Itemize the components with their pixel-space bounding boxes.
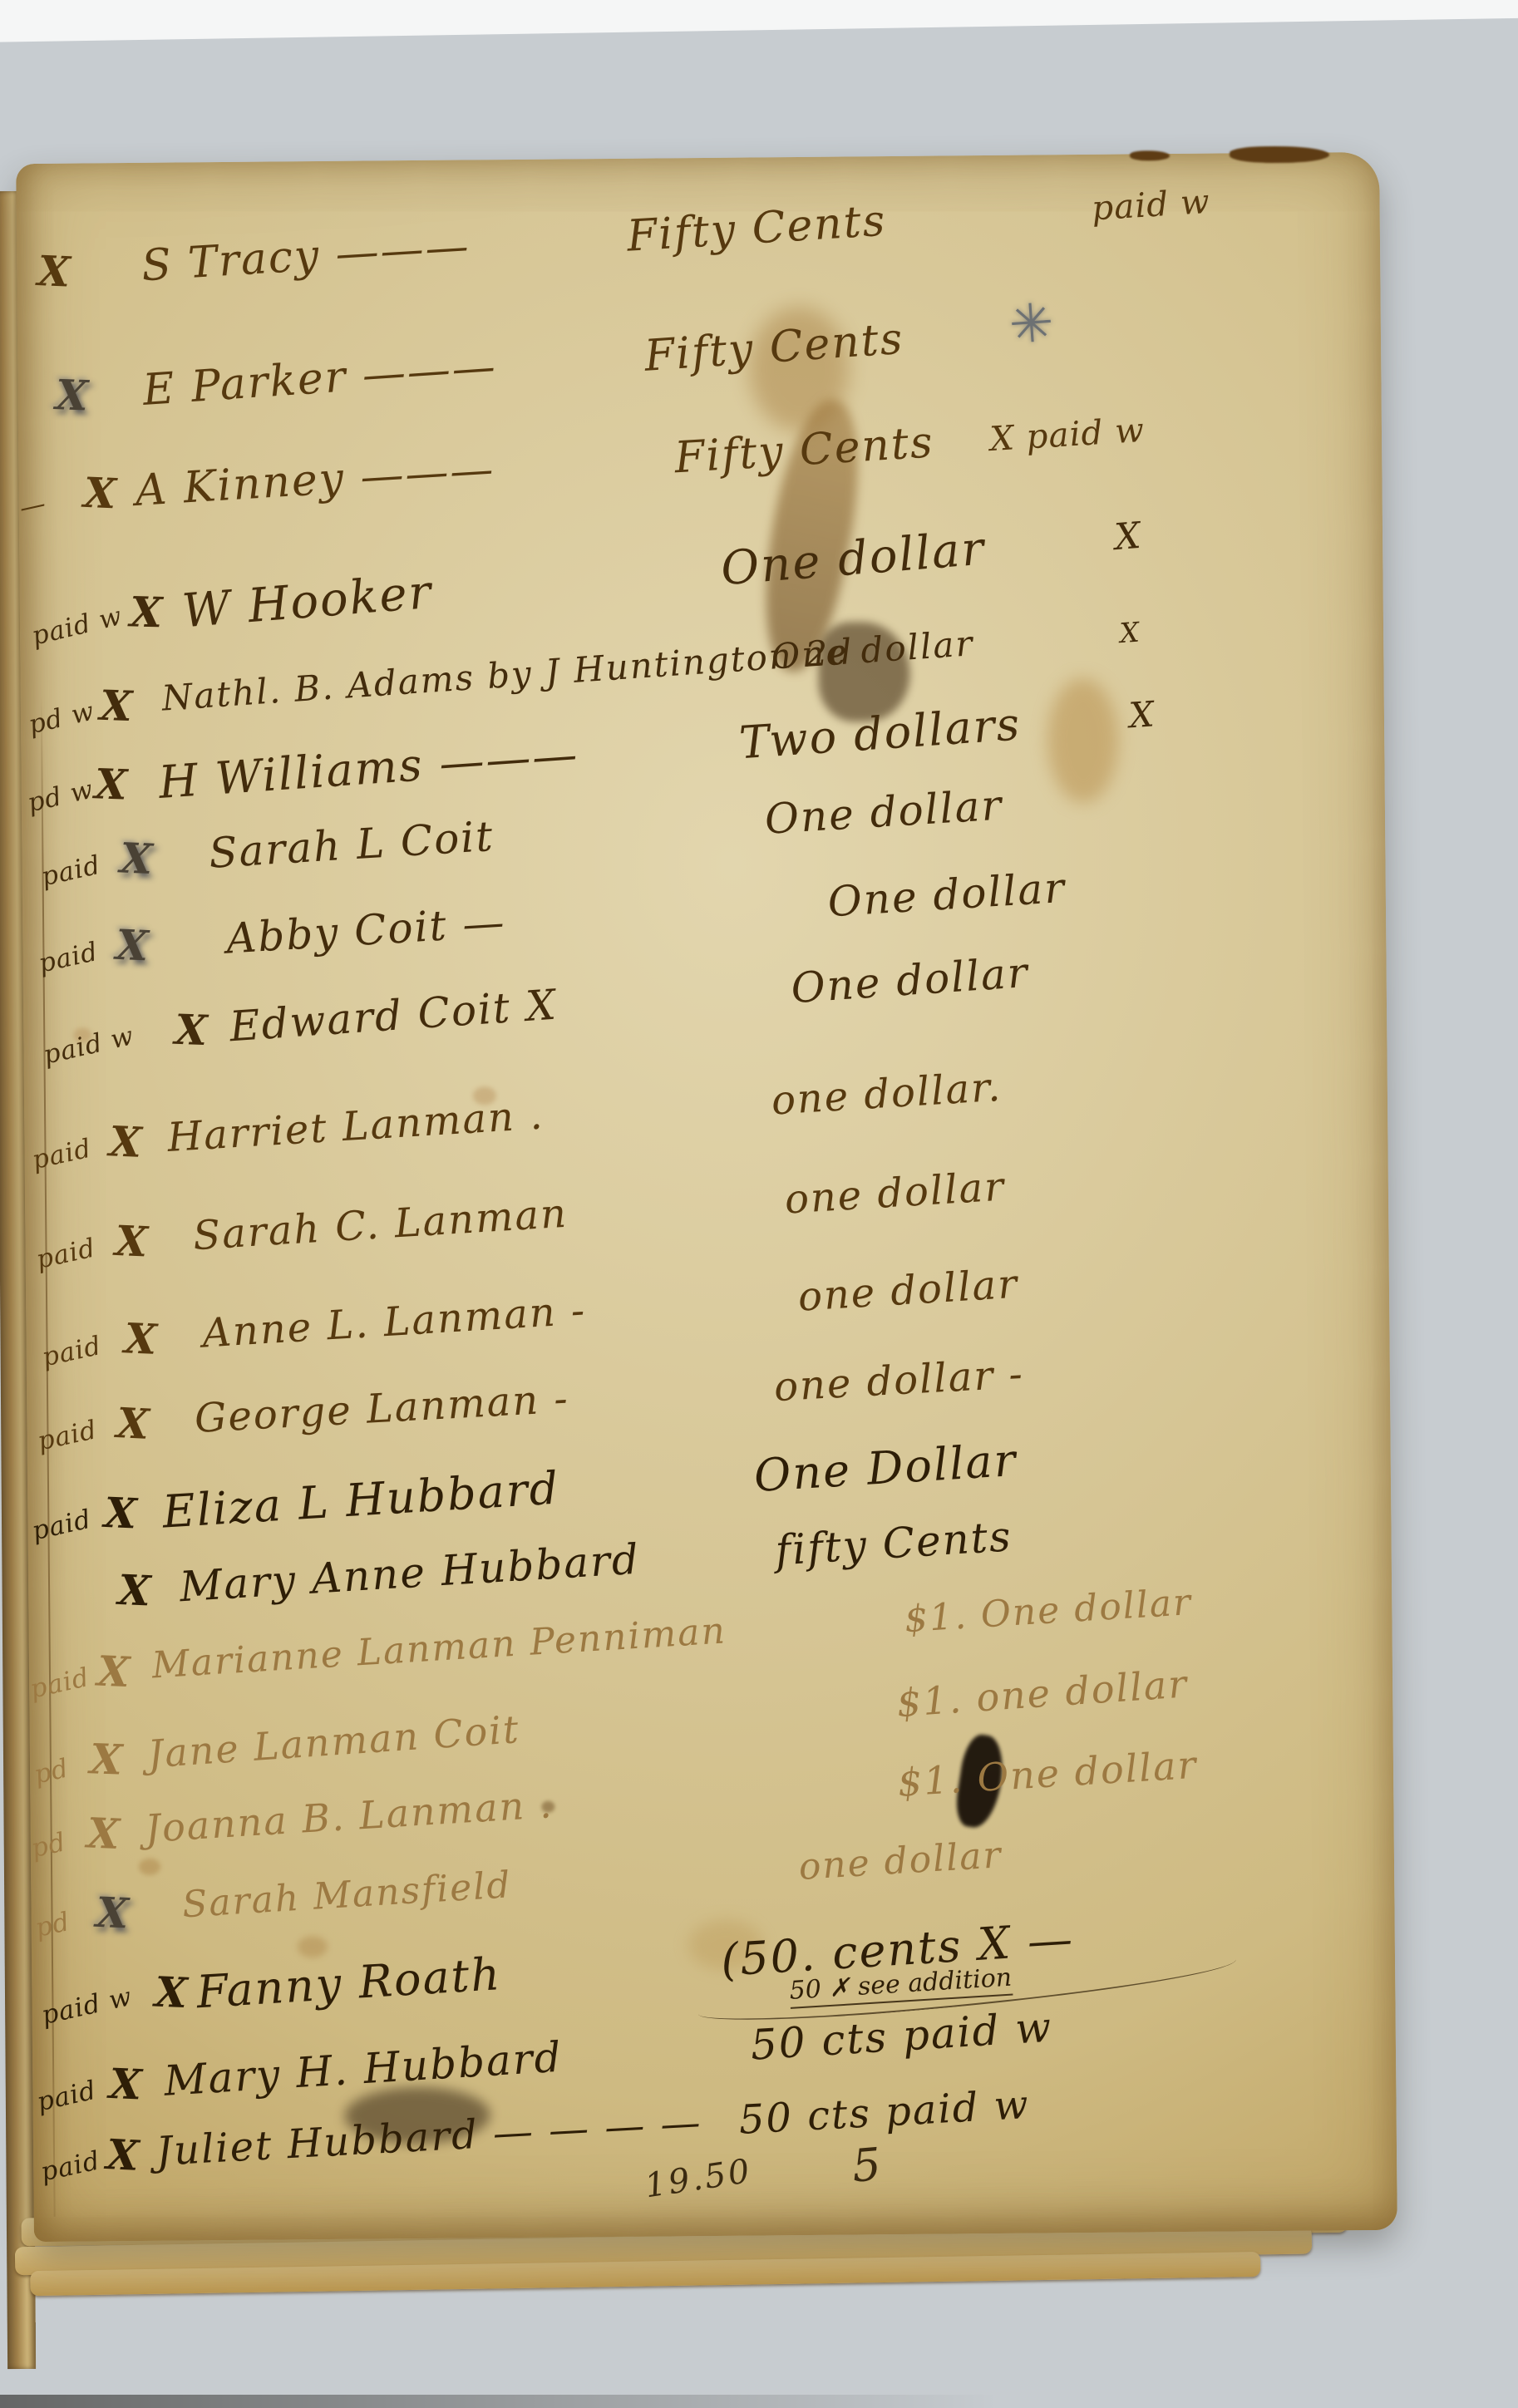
ledger-page: X S Tracy ——— Fifty Cents paid w X E Par… bbox=[16, 152, 1397, 2242]
check-x-mark: X bbox=[86, 1808, 121, 1859]
subscriber-name: Jane Lanman Coit bbox=[146, 1706, 521, 1776]
check-x-mark: X bbox=[174, 1005, 208, 1055]
amount: one dollar. bbox=[770, 1064, 1003, 1125]
subscriber-name: Eliza L Hubbard bbox=[161, 1462, 561, 1539]
check-x-mark: X bbox=[94, 759, 128, 809]
amount: One dollar bbox=[826, 864, 1067, 926]
amount: Fifty Cents bbox=[625, 196, 887, 262]
check-x-mark: X bbox=[55, 370, 89, 420]
subscriber-name: Anne L. Lanman - bbox=[201, 1287, 588, 1357]
amount: one dollar bbox=[783, 1164, 1006, 1224]
check-x-mark: X bbox=[123, 1313, 157, 1364]
check-x-mark: X bbox=[108, 1116, 142, 1167]
check-x-mark: X bbox=[116, 1398, 150, 1449]
check-x-mark: X bbox=[106, 2130, 140, 2180]
margin-paid-note: pd w bbox=[26, 696, 97, 740]
subscriber-name: Fanny Roath bbox=[195, 1948, 503, 2018]
amount: One Dollar bbox=[752, 1434, 1018, 1502]
subscriber-name: Sarah C. Lanman bbox=[192, 1190, 569, 1259]
subscriber-name: S Tracy ——— bbox=[140, 221, 471, 291]
margin-paid-note: paid bbox=[29, 1133, 94, 1175]
amount: One dollar bbox=[763, 781, 1003, 844]
page-number: 5 bbox=[850, 2138, 883, 2193]
margin-paid-note: paid bbox=[33, 1233, 98, 1275]
check-x-mark: X bbox=[117, 1565, 151, 1616]
margin-paid-note: paid bbox=[39, 1331, 104, 1373]
margin-paid-note: paid bbox=[35, 1415, 100, 1456]
check-x-mark: X bbox=[130, 587, 163, 637]
trailing-note: X paid w bbox=[988, 410, 1146, 459]
margin-paid-note: paid w bbox=[39, 1982, 136, 2031]
check-x-mark: X bbox=[89, 1734, 123, 1784]
check-x-mark: X bbox=[82, 468, 116, 519]
check-x-mark: X bbox=[119, 833, 153, 884]
photo-shadow bbox=[0, 2395, 998, 2408]
margin-paid-note: pd w bbox=[25, 775, 96, 819]
check-x-mark: X bbox=[37, 246, 71, 297]
amount: Fifty Cents bbox=[643, 314, 905, 382]
margin-paid-note: pd bbox=[32, 1907, 73, 1943]
margin-paid-note: paid bbox=[34, 2076, 99, 2118]
trailing-note: X bbox=[1113, 515, 1143, 559]
margin-paid-note: paid bbox=[29, 1504, 94, 1547]
margin-paid-note: pd bbox=[28, 1827, 69, 1864]
subscriber-name: A Kinney ——— bbox=[134, 445, 496, 516]
subscriber-name: Harriet Lanman . bbox=[166, 1091, 545, 1161]
amount: fifty Cents bbox=[774, 1512, 1013, 1574]
check-x-mark: X bbox=[154, 1967, 188, 2017]
subscriber-name: Abby Coit — bbox=[224, 898, 507, 963]
amount: One dollar bbox=[719, 522, 988, 597]
subscriber-name: W Hooker bbox=[180, 565, 435, 638]
trailing-note: X bbox=[1128, 693, 1156, 736]
subscriber-name: George Lanman - bbox=[194, 1376, 570, 1442]
photograph-background: X S Tracy ——— Fifty Cents paid w X E Par… bbox=[0, 0, 1518, 2408]
margin-paid-note: — bbox=[17, 489, 49, 524]
amount: one dollar bbox=[797, 1834, 1003, 1888]
trailing-note: paid w bbox=[1091, 181, 1211, 229]
check-x-mark: X bbox=[103, 1488, 137, 1539]
check-x-mark: X bbox=[95, 1888, 129, 1938]
amount: one dollar - bbox=[773, 1351, 1025, 1411]
check-x-mark: X bbox=[114, 1216, 148, 1267]
margin-paid-note: paid bbox=[27, 1662, 92, 1705]
backdrop-white-strip bbox=[0, 0, 1518, 42]
margin-paid-note: paid w bbox=[41, 1021, 137, 1071]
amount: One dollar bbox=[790, 948, 1031, 1012]
amount: One dollar bbox=[770, 623, 975, 677]
check-x-mark: X bbox=[108, 2059, 142, 2110]
margin-paid-note: pd bbox=[32, 1753, 72, 1790]
margin-paid-note: paid bbox=[38, 2145, 103, 2187]
subscriber-name: E Parker ——— bbox=[141, 342, 499, 416]
subscriber-name: Edward Coit X bbox=[228, 981, 559, 1051]
check-x-mark: X bbox=[96, 1647, 131, 1697]
margin-paid-note: paid bbox=[38, 850, 103, 893]
check-x-mark: X bbox=[99, 681, 133, 731]
trailing-note: X bbox=[1119, 617, 1141, 650]
margin-paid-note: paid w bbox=[29, 601, 126, 652]
trailing-note: ✳ bbox=[1007, 292, 1057, 357]
check-x-mark: X bbox=[115, 920, 149, 971]
amount: Fifty Cents bbox=[673, 417, 935, 483]
margin-paid-note: paid bbox=[36, 937, 101, 979]
subscriber-name: Mary H. Hubbard bbox=[163, 2033, 564, 2105]
ledger-entries: X S Tracy ——— Fifty Cents paid w X E Par… bbox=[16, 152, 1397, 2242]
amount: one dollar bbox=[796, 1261, 1019, 1321]
